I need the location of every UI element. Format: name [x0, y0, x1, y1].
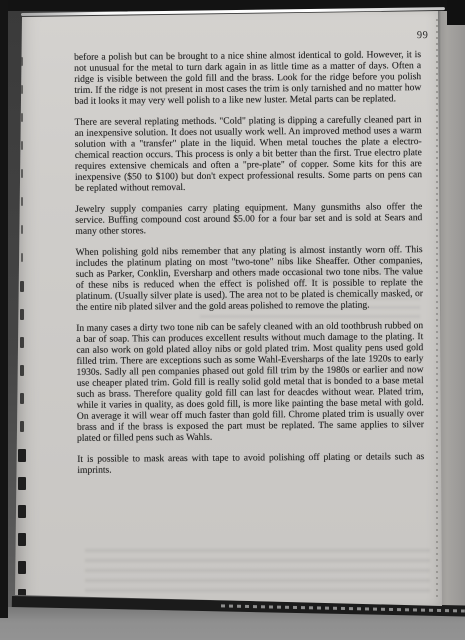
photo-of-book-page: 99 before a polish but can be brought to…: [0, 0, 465, 640]
paragraph-6: It is possible to mask areas with tape t…: [77, 451, 424, 476]
scanned-page: 99 before a polish but can be brought to…: [15, 11, 442, 607]
scan-border-left: [0, 0, 8, 618]
page-content: 99 before a polish but can be brought to…: [15, 8, 447, 607]
paragraph-3: Jewelry supply companies carry plating e…: [75, 201, 422, 237]
paragraph-5: In many cases a dirty two tone nib can b…: [76, 320, 424, 444]
paragraph-2: There are several replating methods. "Co…: [75, 114, 423, 194]
paragraph-4: When polishing gold nibs remember that a…: [76, 244, 424, 313]
book-page-stack-edge: [438, 10, 465, 610]
scan-border-corner: [447, 0, 465, 25]
paragraph-1: before a polish but can be brought to a …: [74, 49, 421, 107]
page-number: 99: [417, 30, 437, 41]
page-text: before a polish but can be brought to a …: [74, 49, 424, 486]
